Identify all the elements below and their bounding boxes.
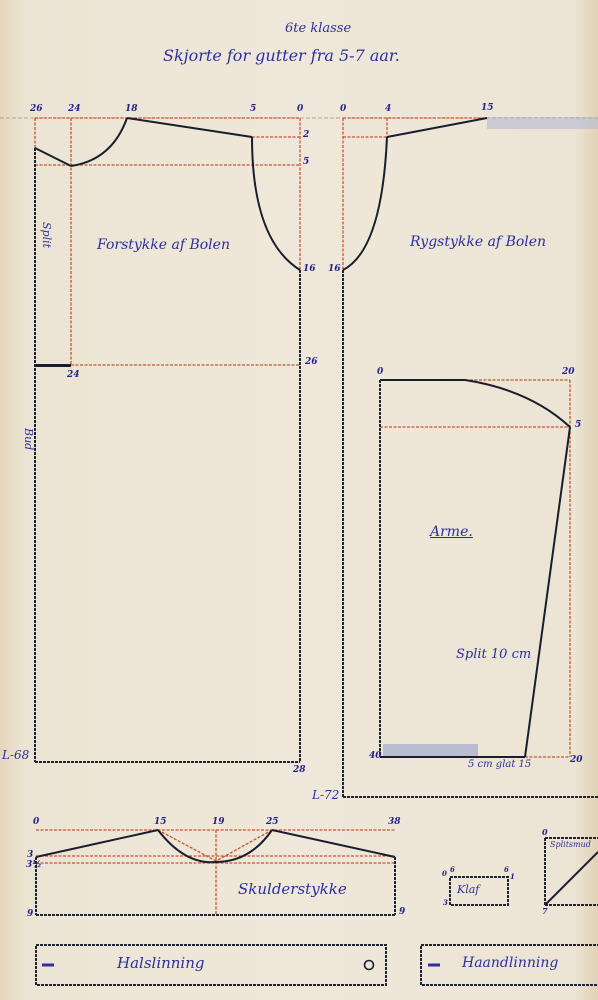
back-top-mark: 15 [481,104,494,113]
back-top-mark: 4 [385,105,391,114]
sleeve-top-mark: 20 [562,368,575,377]
cuff-note: 5 cm glat 15 [468,760,531,770]
back-top-mark: 0 [340,105,346,114]
fold-label: Bud [23,428,34,450]
neckband-label: Halslinning [117,956,205,971]
flap-mark: 1 [510,873,515,880]
front-piece [35,118,300,762]
front-top-mark: 18 [125,105,138,114]
yoke-top-mark: 0 [33,818,39,827]
sleeve-piece-label: Arme. [430,525,473,539]
fold-hatching [487,117,598,129]
gusset-mark: 7 [542,907,548,915]
yoke-left-mark: 3 [27,851,33,860]
front-top-mark: 24 [68,105,81,114]
sleeve-right-mark: 5 [575,421,581,430]
flap-piece-label: Klaf [457,884,479,895]
back-left-mark: 16 [328,265,341,274]
flap-mark: 6 [450,866,455,873]
yoke-top-mark: 15 [154,818,167,827]
pattern-sheet: .red { stroke: #c4562e; stroke-width: 1.… [0,0,598,1000]
pattern-title: Skjorte for gutter fra 5-7 aar. [163,48,400,64]
front-piece-label: Forstykke af Bolen [97,238,230,252]
split-label: Split [41,222,52,248]
gusset-piece-label: Splitsmud [550,841,591,849]
yoke-top-mark: 25 [266,818,279,827]
front-right-mark: 16 [303,265,316,274]
front-right-mark: 5 [303,158,309,167]
wristband-label: Haandlinning [462,956,558,970]
yoke-top-mark: 19 [212,818,225,827]
neckband-piece [36,945,386,985]
yoke-piece [36,830,395,915]
yoke-bottom-mark: 9 [399,908,405,917]
buttonhole-icon [365,961,374,970]
sleeve-bottom-left-mark: 40 [369,752,382,761]
gusset-mark: 0 [542,828,548,836]
back-piece [343,117,598,797]
flap-mark: 3 [443,899,448,906]
class-label: 6te klasse [285,22,351,35]
front-top-mark: 26 [30,105,43,114]
front-right-mark: 2 [303,131,309,140]
back-piece-label: Rygstykke af Bolen [410,235,546,249]
sleeve-bottom-right-mark: 20 [570,756,583,765]
front-top-mark: 0 [297,105,303,114]
front-top-mark: 5 [250,105,256,114]
yoke-top-mark: 38 [388,818,401,827]
yoke-piece-label: Skulderstykke [238,882,347,897]
sleeve-split-note: Split 10 cm [456,648,531,661]
cuff-hatching [383,744,478,756]
flap-mark: 0 [442,870,447,877]
sleeve-piece [380,380,570,757]
front-right-mark: 28 [293,766,306,775]
front-length-label: L-68 [2,749,29,761]
yoke-left-mark: 3½ [26,861,42,870]
pattern-drawing: .red { stroke: #c4562e; stroke-width: 1.… [0,0,598,1000]
front-bottom-left-mark: 24 [67,371,80,380]
yoke-bottom-mark: 9 [27,910,33,919]
back-length-label: L-72 [312,789,339,801]
front-right-mark: 26 [305,358,318,367]
sleeve-top-mark: 0 [377,368,383,377]
flap-mark: 6 [504,866,509,873]
